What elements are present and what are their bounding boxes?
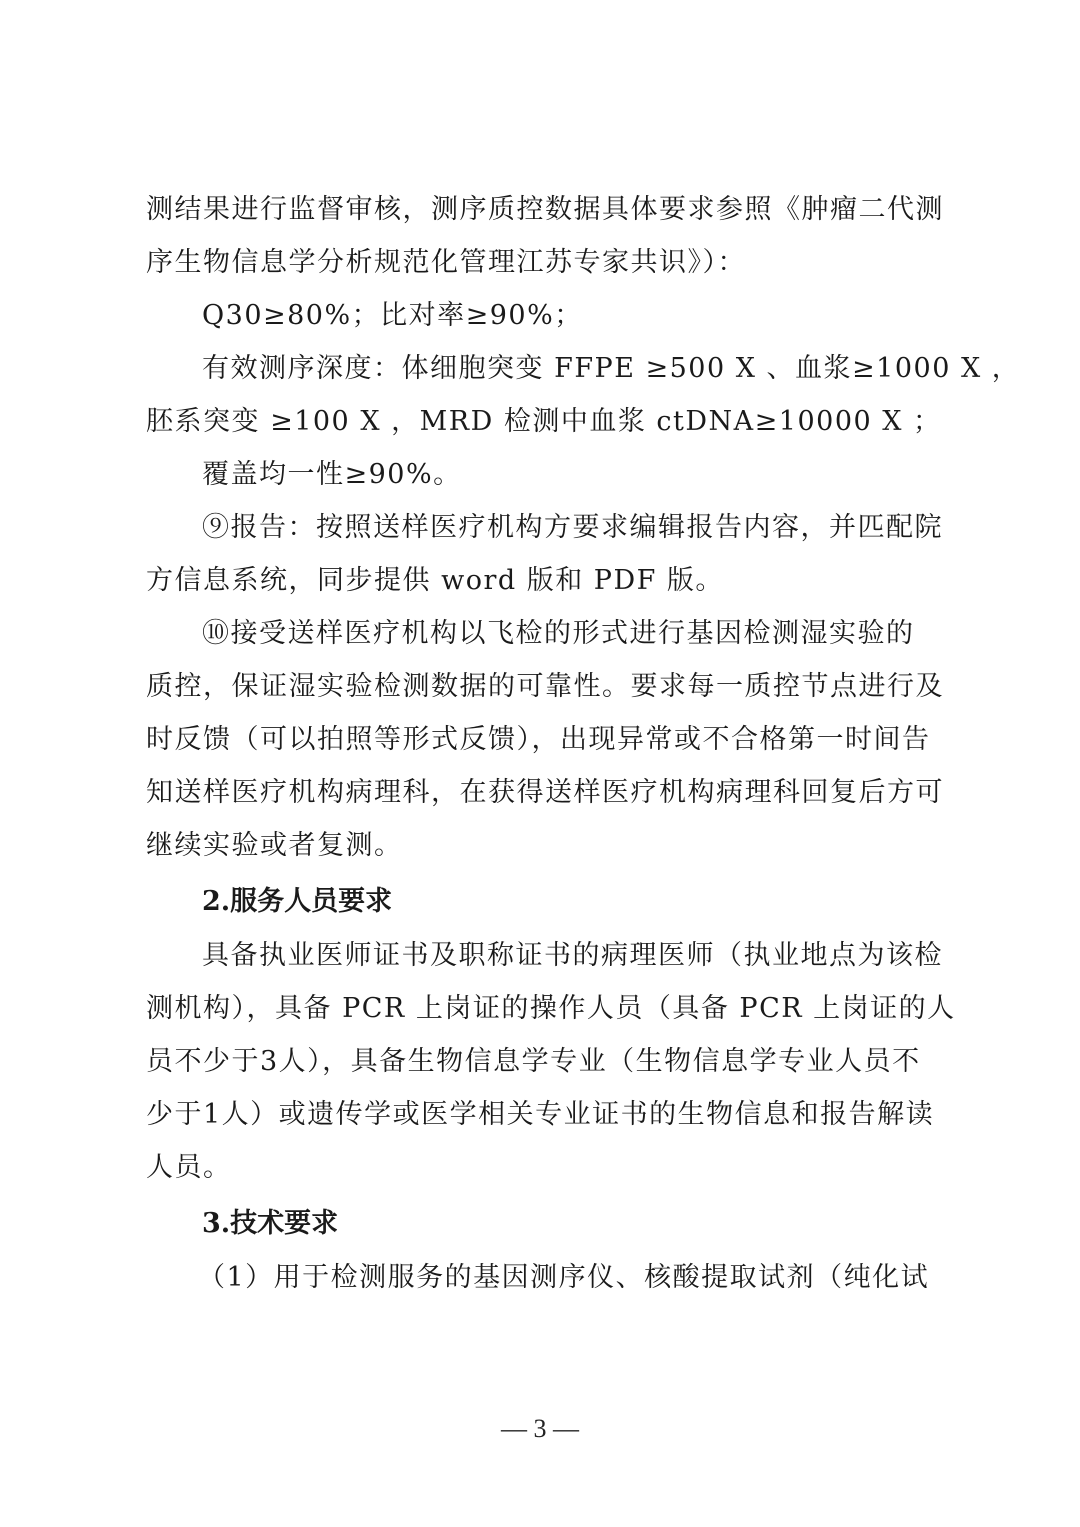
qc-inspection-line-cont: 知送样医疗机构病理科，在获得送样医疗机构病理科回复后方可 (146, 773, 946, 813)
report-item-line-cont: 方信息系统，同步提供 word 版和 PDF 版。 (146, 561, 946, 601)
staff-requirement-line: 少于1人）或遗传学或医学相关专业证书的生物信息和报告解读 (146, 1095, 946, 1135)
qc-inspection-line-cont: 时反馈（可以拍照等形式反馈），出现异常或不合格第一时间告 (146, 720, 946, 760)
staff-requirement-line: 具备执业医师证书及职称证书的病理医师（执业地点为该检 (202, 936, 1002, 976)
staff-requirement-line: 测机构），具备 PCR 上岗证的操作人员（具备 PCR 上岗证的人 (146, 989, 946, 1029)
document-page: 测结果进行监督审核，测序质控数据具体要求参照《肿瘤二代测 序生物信息学分析规范化… (0, 0, 1080, 1527)
qc-inspection-line: ⑩接受送样医疗机构以飞检的形式进行基因检测湿实验的 (202, 614, 1002, 654)
sequencing-depth-line: 有效测序深度：体细胞突变 FFPE ≥500 X 、血浆≥1000 X ， (202, 349, 1002, 389)
section-heading-staff: 2.服务人员要求 (202, 882, 1002, 922)
page-number: — 3 — (0, 1414, 1080, 1444)
staff-requirement-line: 员不少于3人），具备生物信息学专业（生物信息学专业人员不 (146, 1042, 946, 1082)
staff-requirement-line: 人员。 (146, 1148, 946, 1188)
coverage-uniformity-line: 覆盖均一性≥90%。 (202, 455, 1002, 495)
report-item-line: ⑨报告：按照送样医疗机构方要求编辑报告内容，并匹配院 (202, 508, 1002, 548)
qc-metric-line: Q30≥80%；比对率≥90%； (202, 296, 1002, 336)
paragraph-line: 测结果进行监督审核，测序质控数据具体要求参照《肿瘤二代测 (146, 190, 946, 230)
qc-inspection-line-cont: 质控，保证湿实验检测数据的可靠性。要求每一质控节点进行及 (146, 667, 946, 707)
sequencing-depth-line-cont: 胚系突变 ≥100 X ，MRD 检测中血浆 ctDNA≥10000 X ； (146, 402, 946, 442)
qc-inspection-line-cont: 继续实验或者复测。 (146, 826, 946, 866)
section-heading-tech: 3.技术要求 (202, 1204, 1002, 1244)
paragraph-line: 序生物信息学分析规范化管理江苏专家共识》）： (146, 243, 946, 283)
tech-requirement-line: （1）用于检测服务的基因测序仪、核酸提取试剂（纯化试 (198, 1258, 998, 1298)
